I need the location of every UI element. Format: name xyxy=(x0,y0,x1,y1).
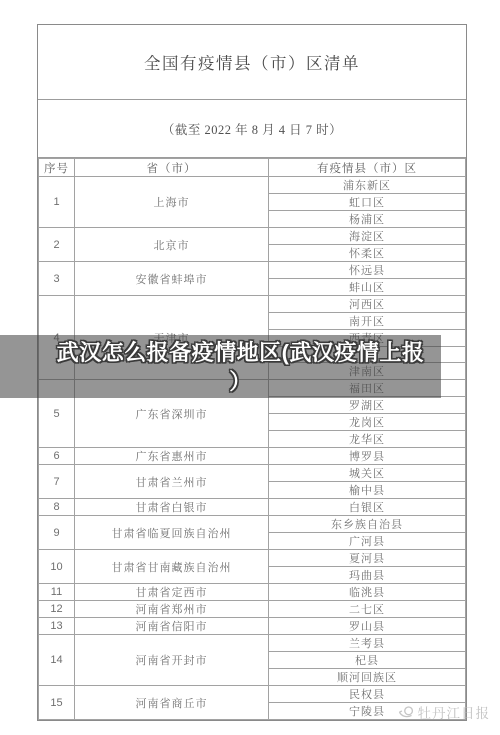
table-row: 10甘肃省甘南藏族自治州夏河县 xyxy=(39,550,466,567)
cell-district: 民权县 xyxy=(269,686,466,703)
cell-district: 白银区 xyxy=(269,499,466,516)
cell-district: 河西区 xyxy=(269,296,466,313)
cell-serial-number: 3 xyxy=(39,262,75,296)
table-header-row: 序号 省（市） 有疫情县（市）区 xyxy=(39,159,466,177)
cell-district: 临洮县 xyxy=(269,584,466,601)
table-body: 1上海市浦东新区虹口区杨浦区2北京市海淀区怀柔区3安徽省蚌埠市怀远县蚌山区4天津… xyxy=(39,177,466,720)
table-row: 9甘肃省临夏回族自治州东乡族自治县 xyxy=(39,516,466,533)
watermark: 牡丹江日报 xyxy=(398,702,491,722)
cell-district: 南开区 xyxy=(269,313,466,330)
watermark-label: 牡丹江日报 xyxy=(418,702,491,722)
cell-serial-number: 13 xyxy=(39,618,75,635)
cell-serial-number: 10 xyxy=(39,550,75,584)
caption-overlay-banner: 武汉怎么报备疫情地区(武汉疫情上报 ） xyxy=(0,335,441,398)
caption-overlay-line1: 武汉怎么报备疫情地区(武汉疫情上报 xyxy=(57,338,425,367)
cell-province: 河南省商丘市 xyxy=(75,686,269,720)
column-header-serial: 序号 xyxy=(39,159,75,177)
table-row: 2北京市海淀区 xyxy=(39,228,466,245)
table-row: 7甘肃省兰州市城关区 xyxy=(39,465,466,482)
cell-serial-number: 2 xyxy=(39,228,75,262)
epidemic-table: 序号 省（市） 有疫情县（市）区 1上海市浦东新区虹口区杨浦区2北京市海淀区怀柔… xyxy=(38,158,466,720)
cell-province: 安徽省蚌埠市 xyxy=(75,262,269,296)
cell-district: 顺河回族区 xyxy=(269,669,466,686)
cell-district: 玛曲县 xyxy=(269,567,466,584)
table-row: 12河南省郑州市二七区 xyxy=(39,601,466,618)
table-row: 13河南省信阳市罗山县 xyxy=(39,618,466,635)
cell-district: 虹口区 xyxy=(269,194,466,211)
cell-district: 怀柔区 xyxy=(269,245,466,262)
cell-serial-number: 11 xyxy=(39,584,75,601)
cell-province: 甘肃省定西市 xyxy=(75,584,269,601)
cell-province: 甘肃省兰州市 xyxy=(75,465,269,499)
cell-serial-number: 9 xyxy=(39,516,75,550)
table-row: 15河南省商丘市民权县 xyxy=(39,686,466,703)
cell-province: 甘肃省白银市 xyxy=(75,499,269,516)
table-row: 8甘肃省白银市白银区 xyxy=(39,499,466,516)
column-header-district: 有疫情县（市）区 xyxy=(269,159,466,177)
cell-district: 博罗县 xyxy=(269,448,466,465)
cell-province: 河南省信阳市 xyxy=(75,618,269,635)
cell-district: 罗山县 xyxy=(269,618,466,635)
cell-province: 河南省开封市 xyxy=(75,635,269,686)
newspaper-logo-icon xyxy=(398,705,415,720)
caption-overlay-line2: ） xyxy=(229,367,252,396)
table-row: 3安徽省蚌埠市怀远县 xyxy=(39,262,466,279)
cell-province: 河南省郑州市 xyxy=(75,601,269,618)
page: 全国有疫情县（市）区清单 （截至 2022 年 8 月 4 日 7 时） 序号 … xyxy=(0,0,500,735)
cell-serial-number: 15 xyxy=(39,686,75,720)
cell-district: 广河县 xyxy=(269,533,466,550)
cell-district: 罗湖区 xyxy=(269,397,466,414)
cell-district: 蚌山区 xyxy=(269,279,466,296)
cell-district: 榆中县 xyxy=(269,482,466,499)
cell-serial-number: 8 xyxy=(39,499,75,516)
cell-district: 兰考县 xyxy=(269,635,466,652)
cell-district: 海淀区 xyxy=(269,228,466,245)
cell-serial-number: 1 xyxy=(39,177,75,228)
table-row: 6广东省惠州市博罗县 xyxy=(39,448,466,465)
table-row: 4天津市河西区 xyxy=(39,296,466,313)
cell-province: 北京市 xyxy=(75,228,269,262)
cell-district: 东乡族自治县 xyxy=(269,516,466,533)
cell-province: 广东省惠州市 xyxy=(75,448,269,465)
document-subtitle: （截至 2022 年 8 月 4 日 7 时） xyxy=(38,100,466,158)
cell-serial-number: 6 xyxy=(39,448,75,465)
cell-district: 城关区 xyxy=(269,465,466,482)
cell-province: 甘肃省临夏回族自治州 xyxy=(75,516,269,550)
cell-province: 上海市 xyxy=(75,177,269,228)
cell-district: 夏河县 xyxy=(269,550,466,567)
table-row: 14河南省开封市兰考县 xyxy=(39,635,466,652)
cell-district: 怀远县 xyxy=(269,262,466,279)
cell-district: 龙华区 xyxy=(269,431,466,448)
cell-district: 杨浦区 xyxy=(269,211,466,228)
cell-serial-number: 12 xyxy=(39,601,75,618)
table-row: 11甘肃省定西市临洮县 xyxy=(39,584,466,601)
cell-serial-number: 7 xyxy=(39,465,75,499)
document-title: 全国有疫情县（市）区清单 xyxy=(38,25,466,100)
cell-province: 甘肃省甘南藏族自治州 xyxy=(75,550,269,584)
cell-district: 杞县 xyxy=(269,652,466,669)
cell-district: 龙岗区 xyxy=(269,414,466,431)
cell-serial-number: 14 xyxy=(39,635,75,686)
table-row: 1上海市浦东新区 xyxy=(39,177,466,194)
cell-district: 浦东新区 xyxy=(269,177,466,194)
column-header-province: 省（市） xyxy=(75,159,269,177)
cell-district: 二七区 xyxy=(269,601,466,618)
